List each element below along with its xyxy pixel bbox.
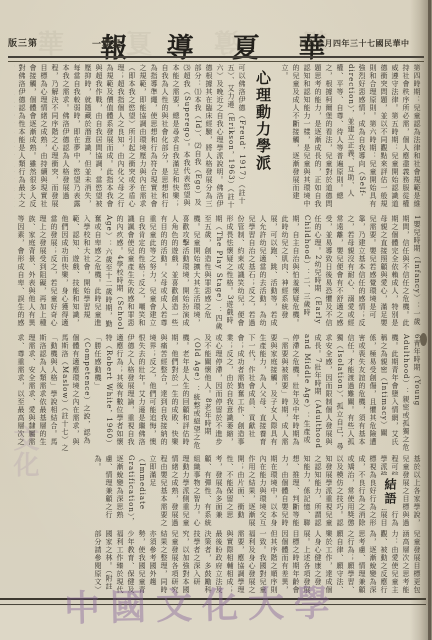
stages-1-5-paragraph: 1嬰兒時期（Infancy）：一歲期間，信任與不信任之危機。此期之個體完全依賴成…: [14, 215, 422, 331]
article-band-3: 6青年時期（Young Adulthood）：親密或孤獨之危機。此期青年會墮入情…: [14, 334, 422, 452]
page-edge-line: [428, 0, 431, 640]
article-headline: 心理動力學派: [252, 64, 274, 212]
stages-6-8-paragraph: 6青年時期（Young Adulthood）：親密或孤獨之危機。此期青年會墮入情…: [14, 334, 422, 452]
article-band-2: 1嬰兒時期（Infancy）：一歲期間，信任與不信任之危機。此期之個體完全依賴成…: [14, 215, 422, 331]
conclusion-intro-paragraph: 基於以上各家學說，兒童發展之目標與過程可綜合如下：行為學派強調兒童發展目標視為良…: [92, 455, 422, 527]
article-band-1: 第四時期：兒童認為法律和社會規範是維持社會秩序所必需，個人應盡義務服從權威遵守法…: [14, 64, 422, 212]
header-double-rule: [8, 56, 424, 62]
page-number-label: 版三第: [8, 36, 38, 49]
newspaper-scan-page: 報 導 夏 華 報 導 夏 華 版三第 一期星 日六十月四年三十七國民華中 第四…: [0, 0, 432, 640]
weekday-label: 一期星: [92, 37, 122, 50]
conclusion-body-paragraph: 兒童發展目標更包涵高層次之思考能力：由愛使兒童主觀、被動之反應行為，逐漸蛻變為深…: [92, 530, 422, 597]
date-label: 日六十月四年三十七國民華中: [299, 38, 410, 49]
kohlberg-paragraph: 第四時期：兒童認為法律和社會規範是維持社會秩序所必需，個人應盡義務服從權威遵守法…: [279, 64, 422, 212]
freud-erikson-paragraph: 可以佛洛伊德（Freud，1917）（註十五）、艾力遜（Erikson，1963…: [14, 64, 247, 212]
conclusion-section-header: 結語: [380, 475, 400, 509]
bottom-blank-margin: [0, 606, 432, 640]
footer-double-rule: [0, 598, 426, 605]
article-band-5: 兒童發展目標更包涵高層次之思考能力：由愛使兒童主觀、被動之反應行為，逐漸蛻變為深…: [14, 530, 422, 597]
page-edge-mark: [420, 333, 427, 346]
article-band-4: 基於以上各家學說，兒童發展之目標與過程可綜合如下：行為學派強調兒童發展目標視為良…: [14, 455, 422, 527]
